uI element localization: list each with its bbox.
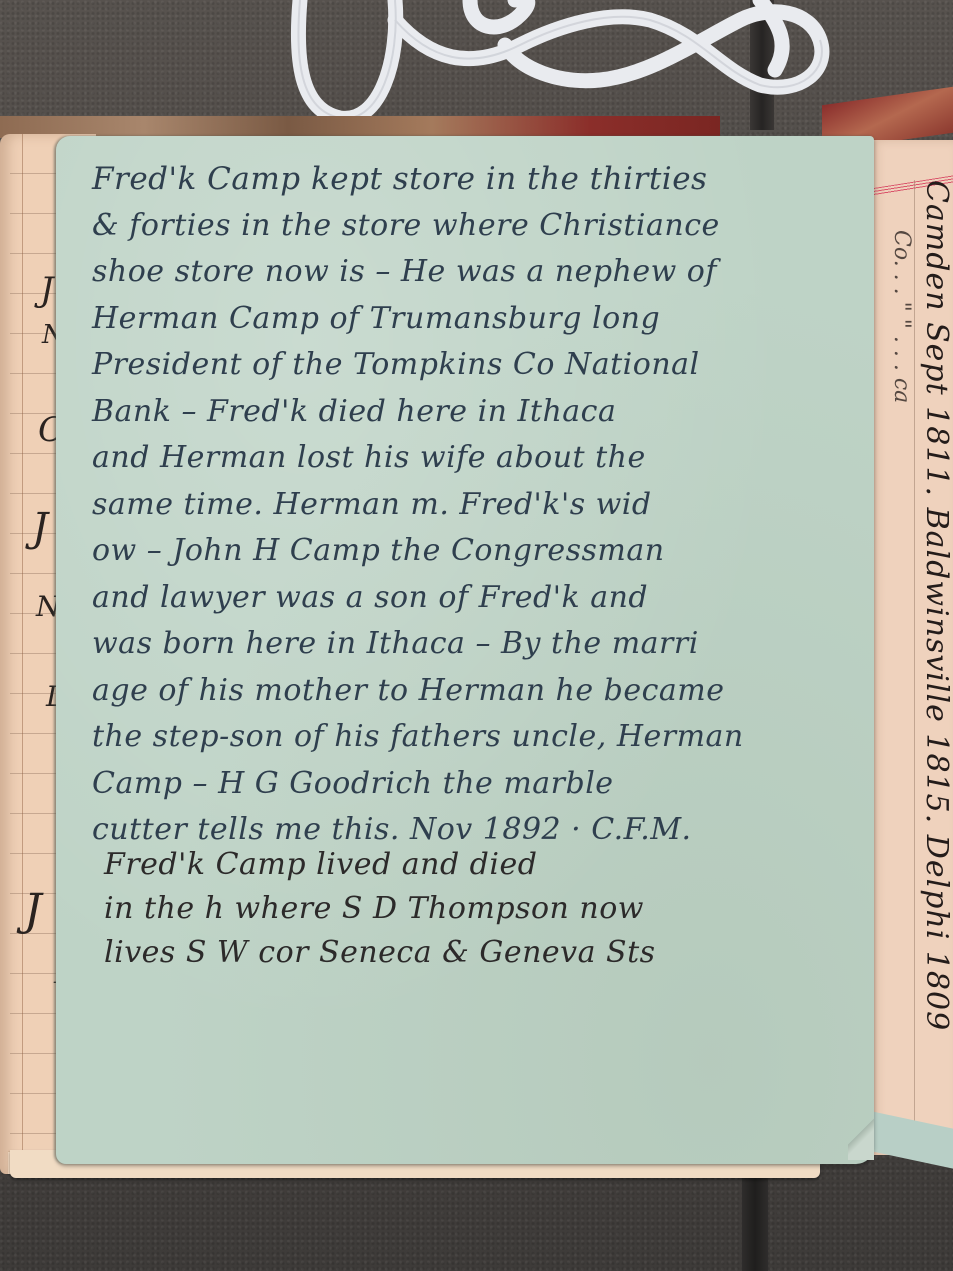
- ledger-letter: J: [40, 270, 54, 310]
- note-line: was born here in Ithaca – By the marri: [92, 621, 872, 668]
- note-line: same time. Herman m. Fred'k's wid: [92, 482, 872, 529]
- ledger-letter: J: [32, 505, 48, 551]
- note-line: shoe store now is – He was a nephew of: [92, 249, 872, 296]
- ledger-vertical-rule: [914, 180, 915, 1155]
- note-line: ow – John H Camp the Congressman: [92, 528, 872, 575]
- note-line: Herman Camp of Trumansburg long: [92, 296, 872, 343]
- postscript-line: lives S W cor Seneca & Geneva Sts: [104, 931, 804, 975]
- note-line: and Herman lost his wife about the: [92, 435, 872, 482]
- ledger-margin-line: [22, 134, 23, 1174]
- note-line: Camp – H G Goodrich the marble: [92, 761, 872, 808]
- note-line: & forties in the store where Christiance: [92, 203, 872, 250]
- foam-gap-top: [750, 0, 774, 130]
- note-line: Fred'k Camp kept store in the thirties: [92, 156, 872, 203]
- note-line: President of the Tompkins Co National: [92, 342, 872, 389]
- note-line: age of his mother to Herman he became: [92, 668, 872, 715]
- main-note-text: Fred'k Camp kept store in the thirties &…: [92, 156, 872, 854]
- note-line: and lawyer was a son of Fred'k and: [92, 575, 872, 622]
- note-card-dog-ear: [848, 1110, 874, 1160]
- ledger-letter: J: [24, 885, 42, 936]
- note-line: the step-son of his fathers uncle, Herma…: [92, 714, 872, 761]
- ledger-rotated-marks: Co. . . " " . . . ca: [889, 230, 914, 403]
- postscript-line: Fred'k Camp lived and died: [104, 843, 804, 887]
- note-line: Bank – Fred'k died here in Ithaca: [92, 389, 872, 436]
- ledger-rotated-entry: Camden Sept 1811. Baldwinsville 1815. De…: [919, 180, 953, 1031]
- book-board-top: [0, 116, 720, 138]
- postscript-line: in the h where S D Thompson now: [104, 887, 804, 931]
- postscript-text: Fred'k Camp lived and died in the h wher…: [104, 843, 804, 975]
